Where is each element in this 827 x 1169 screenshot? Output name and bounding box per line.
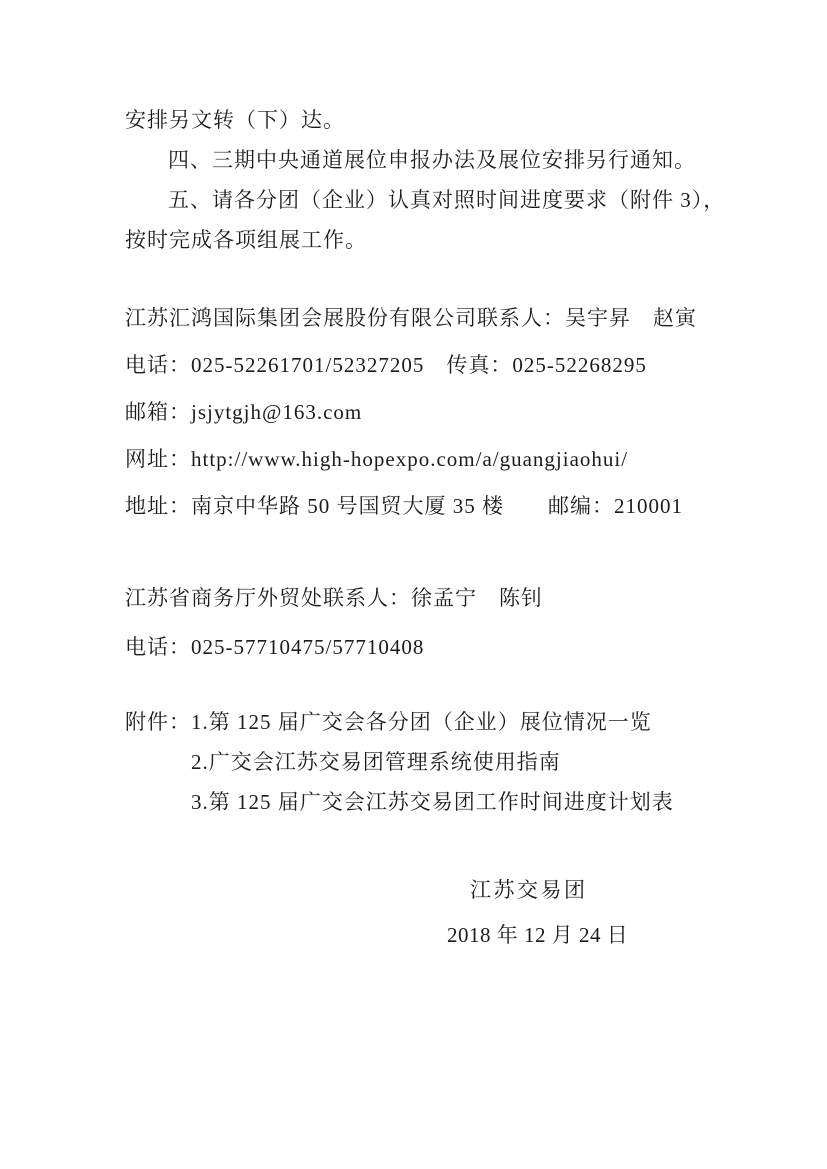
attachment-item-2: 2.广交会江苏交易团管理系统使用指南 <box>191 742 707 782</box>
attachment-item-3: 3.第 125 届广交会江苏交易团工作时间进度计划表 <box>191 782 707 822</box>
organizer-contact-line: 江苏汇鸿国际集团会展股份有限公司联系人：吴宇昇 赵寅 <box>125 295 707 342</box>
organizer-address-line: 地址：南京中华路 50 号国贸大厦 35 楼 邮编：210001 <box>125 483 707 530</box>
organizer-phone-line: 电话：025-52261701/52327205 传真：025-52268295 <box>125 342 707 389</box>
body-closing-line: 安排另文转（下）达。 <box>125 100 707 140</box>
attachments-block: 附件： 1.第 125 届广交会各分团（企业）展位情况一览 2.广交会江苏交易团… <box>125 702 707 822</box>
organizer-website-line: 网址：http://www.high-hopexpo.com/a/guangji… <box>125 436 707 483</box>
organizer-email-line: 邮箱：jsjytgjh@163.com <box>125 389 707 436</box>
signature-name: 江苏交易团 <box>470 870 707 910</box>
department-phone-line: 电话：025-57710475/57710408 <box>125 623 707 672</box>
document-content: 安排另文转（下）达。 四、三期中央通道展位申报办法及展位安排另行通知。 五、请各… <box>0 0 827 955</box>
attachments-label: 附件： <box>125 702 191 742</box>
signature-date: 2018 年 12 月 24 日 <box>447 915 707 955</box>
document-page: 安排另文转（下）达。 四、三期中央通道展位申报办法及展位安排另行通知。 五、请各… <box>0 0 827 1169</box>
body-paragraphs: 安排另文转（下）达。 四、三期中央通道展位申报办法及展位安排另行通知。 五、请各… <box>125 100 707 260</box>
list-item-five-continued: 按时完成各项组展工作。 <box>125 220 707 260</box>
list-item-five: 五、请各分团（企业）认真对照时间进度要求（附件 3）， <box>125 180 707 220</box>
attachments-list: 1.第 125 届广交会各分团（企业）展位情况一览 2.广交会江苏交易团管理系统… <box>191 702 707 822</box>
list-item-four: 四、三期中央通道展位申报办法及展位安排另行通知。 <box>125 140 707 180</box>
department-contact-line: 江苏省商务厅外贸处联系人：徐孟宁 陈钊 <box>125 574 707 623</box>
department-contact-block: 江苏省商务厅外贸处联系人：徐孟宁 陈钊 电话：025-57710475/5771… <box>125 574 707 672</box>
organizer-contact-block: 江苏汇鸿国际集团会展股份有限公司联系人：吴宇昇 赵寅 电话：025-522617… <box>125 295 707 530</box>
attachment-item-1: 1.第 125 届广交会各分团（企业）展位情况一览 <box>191 702 707 742</box>
